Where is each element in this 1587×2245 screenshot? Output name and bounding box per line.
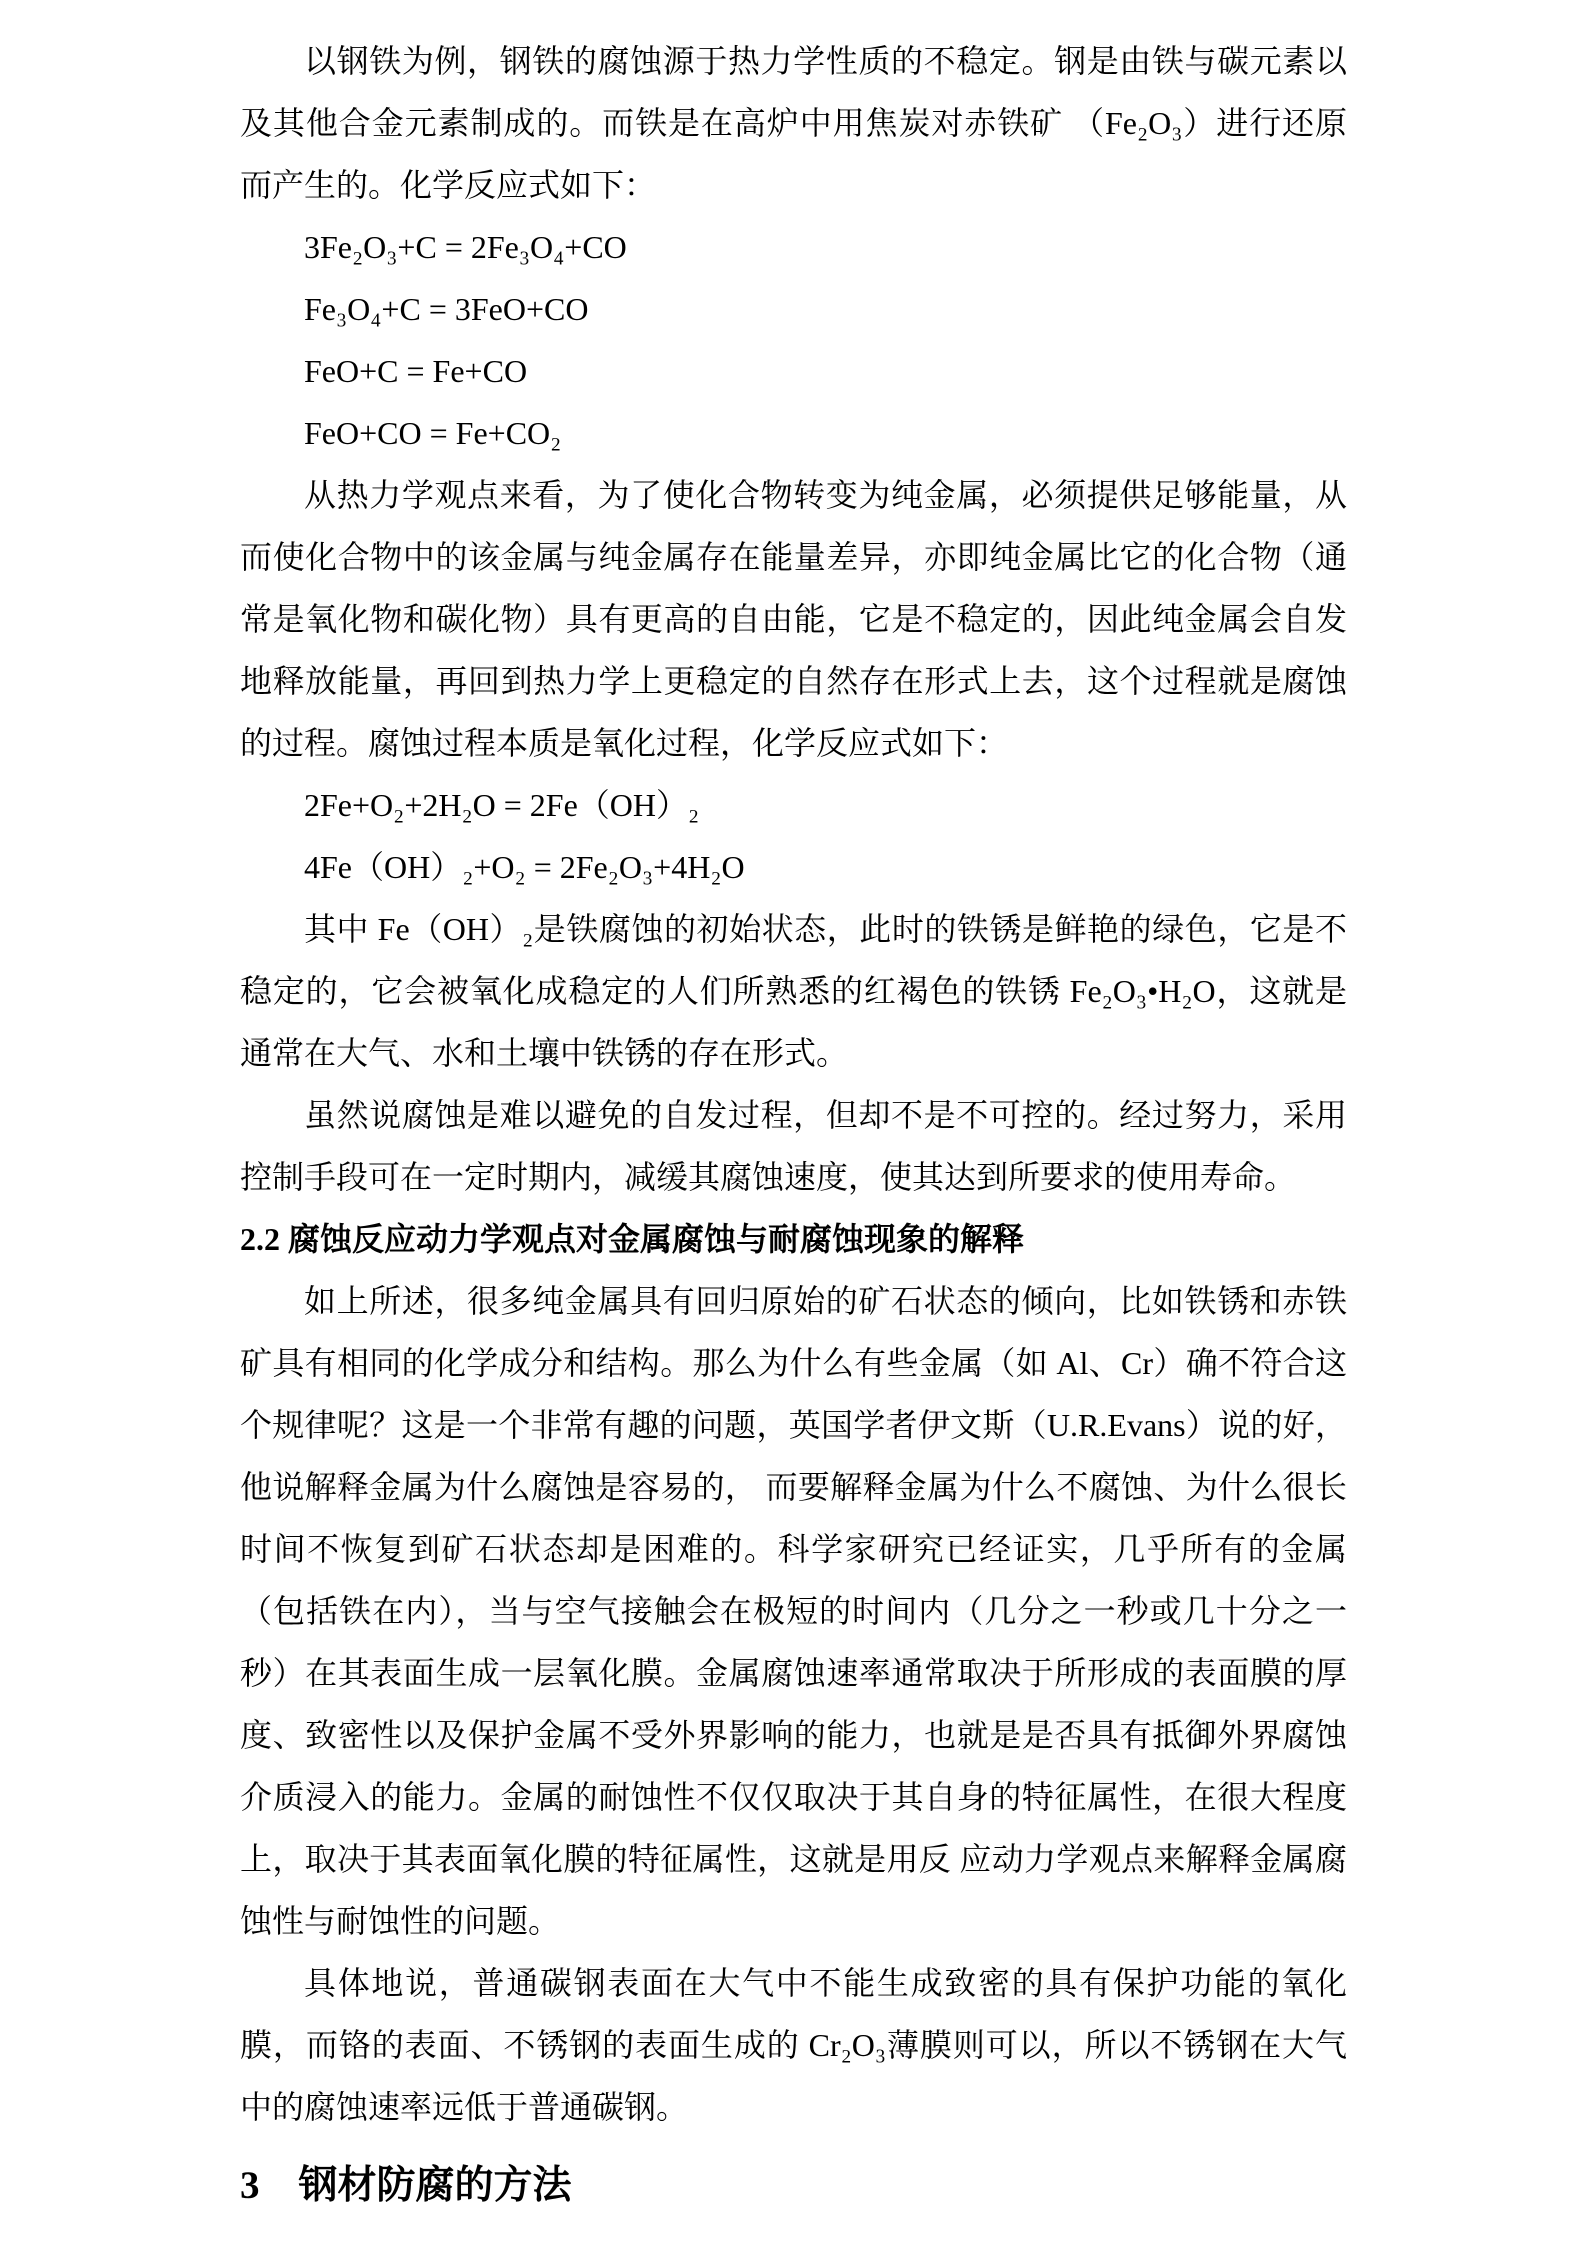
equation-oxidation-2: 4Fe（OH）₂+O₂ = 2Fe₂O₃+4H₂O — [240, 836, 1347, 898]
paragraph-carbon-steel: 具体地说，普通碳钢表面在大气中不能生成致密的具有保护功能的氧化膜，而铬的表面、不… — [240, 1952, 1347, 2138]
equation-oxidation-1: 2Fe+O₂+2H₂O = 2Fe（OH）₂ — [240, 774, 1347, 836]
paragraph-controllable: 虽然说腐蚀是难以避免的自发过程，但却不是不可控的。经过努力，采用控制手段可在一定… — [240, 1084, 1347, 1208]
paragraph-thermodynamics: 从热力学观点来看，为了使化合物转变为纯金属，必须提供足够能量，从而使化合物中的该… — [240, 464, 1347, 774]
equation-reduction-2: Fe₃O₄+C = 3FeO+CO — [240, 278, 1347, 340]
equation-reduction-4: FeO+CO = Fe+CO₂ — [240, 402, 1347, 464]
paragraph-rust-states: 其中 Fe（OH）₂是铁腐蚀的初始状态，此时的铁锈是鲜艳的绿色，它是不稳定的，它… — [240, 898, 1347, 1084]
paragraph-kinetics: 如上所述，很多纯金属具有回归原始的矿石状态的倾向，比如铁锈和赤铁矿具有相同的化学… — [240, 1270, 1347, 1952]
heading-section-3: 3 钢材防腐的方法 — [240, 2150, 1347, 2222]
heading-section-2-2: 2.2 腐蚀反应动力学观点对金属腐蚀与耐腐蚀现象的解释 — [240, 1208, 1347, 1270]
paragraph-steel-example: 以钢铁为例，钢铁的腐蚀源于热力学性质的不稳定。钢是由铁与碳元素以及其他合金元素制… — [240, 30, 1347, 216]
equation-reduction-3: FeO+C = Fe+CO — [240, 340, 1347, 402]
equation-reduction-1: 3Fe₂O₃+C = 2Fe₃O₄+CO — [240, 216, 1347, 278]
document-page: 以钢铁为例，钢铁的腐蚀源于热力学性质的不稳定。钢是由铁与碳元素以及其他合金元素制… — [0, 0, 1587, 2245]
